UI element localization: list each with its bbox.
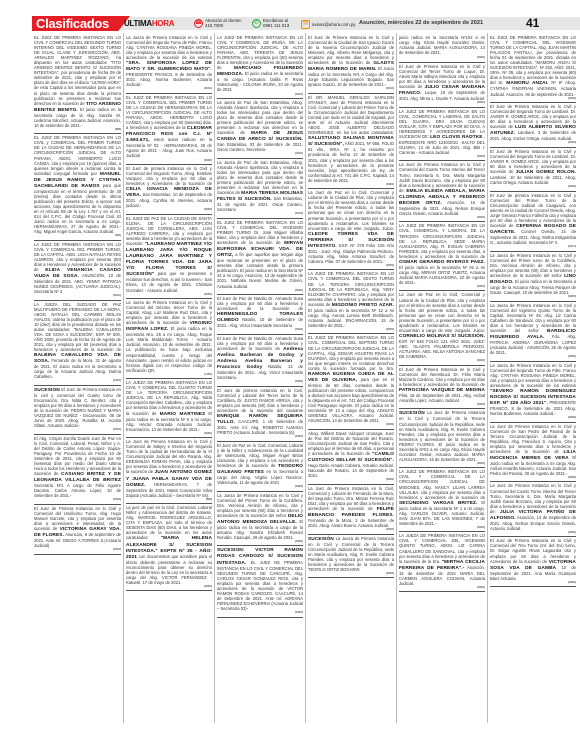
contact-value: 415 7000 xyxy=(205,23,223,28)
notice-code: (8/20) xyxy=(126,585,212,589)
contact-phone: ☎ Atención al cliente:415 7000 xyxy=(194,18,242,28)
legal-notice: El DR. MANUEL GERALDO SAIFILDIN STANLEY,… xyxy=(308,94,394,189)
notice-pre: El DR. MANUEL GERALDO SAIFILDIN STANLEY,… xyxy=(308,95,394,135)
notice-code: (8/20) xyxy=(490,97,576,101)
column-5: juicio radica en la Secretaría Nº102 a m… xyxy=(396,33,487,723)
notice-code: (8/10) xyxy=(217,93,303,97)
notice-code: (8/20) xyxy=(308,183,394,187)
notice-code: (8/20) xyxy=(217,289,303,293)
notice-code: (8/20) xyxy=(399,359,485,363)
legal-notice: El Juez de Paz de Natalio Dr. Armando So… xyxy=(217,295,303,335)
notice-code: (8/20) xyxy=(126,208,212,212)
notice-pre: juicio radica en la Secretaría Nº102 a m… xyxy=(399,35,485,55)
notice-code: (9/10) xyxy=(34,428,121,432)
legal-notice: EL JUEZ DE PRIMERA INSTANCIA EN LO CIVIL… xyxy=(308,334,394,429)
notice-post: La Juez de Primera Instancia en lo Civil… xyxy=(399,410,485,461)
legal-notice: La Jueza de Paz de San Estanislao, Abog.… xyxy=(217,99,303,159)
dateline: Asunción, miércoles 22 de septiembre de … xyxy=(359,19,483,28)
notice-code: (1/20) xyxy=(126,373,212,377)
notice-pre: EL JUEZ DE PRIMERA INSTANCIA EN LO CIVIL… xyxy=(126,95,212,130)
notice-post: a fin que aquellos que tengan algo que r… xyxy=(217,252,303,288)
legal-notice: El Juez de Paz en lo Civil, Comercial, L… xyxy=(217,442,303,492)
legal-notice: La Juez de Paz en lo Civil, Comercial y … xyxy=(308,189,394,270)
notice-code: (8/10) xyxy=(126,87,212,91)
legal-notice: EL JUEZ DE PRIMERA INSTANCIA EN LO CIVIL… xyxy=(126,94,212,165)
notice-code: (8/20) xyxy=(399,285,485,289)
notice-post: La Jueza de Primera Instancia en lo Civi… xyxy=(308,536,394,572)
notice-code: (8/20) xyxy=(490,295,576,299)
legal-notice: La Juez de Primera Instancia en lo Civil… xyxy=(308,485,394,535)
notice-code: (8/20) xyxy=(217,435,303,439)
legal-notice: El Juez de Paz de Natalio Dr. Armando So… xyxy=(217,335,303,387)
contact-value: avisos@uhora.com.py xyxy=(312,22,356,27)
legal-notice: SUCESION: VICTOR RAMON RODAS CARDOZO S/ … xyxy=(217,546,303,617)
notice-code: (8/10) xyxy=(308,87,394,91)
notice-code: (8/20) xyxy=(490,581,576,585)
notice-pre: La Juez de Paz en lo Civil, Comercial y … xyxy=(399,292,485,332)
notice-post: El Juez de Primera Instancia en lo civil… xyxy=(34,387,121,428)
notice-code: (8/20) xyxy=(308,328,394,332)
contact-email: ✉ avisos@uhora.com.py xyxy=(301,20,356,29)
notice-code: (8/20) xyxy=(308,572,394,576)
legal-notice: El Juez de Primera Instancia en lo Civil… xyxy=(399,366,485,410)
notice-code: (8/20) xyxy=(399,56,485,60)
notice-pre: LA JUEZ DE PRIMERA INSTANCIA EN LO CIVIL… xyxy=(308,271,394,306)
notice-post: San Estanislao, 03 de Setiembre de 2021.… xyxy=(217,142,303,152)
legal-notice: La Jueza de Primera Instancia en lo Civi… xyxy=(126,34,212,94)
notice-post: EL JUEZ DE PRIMERA INSTANCIA EN LO CIVIL… xyxy=(217,560,303,611)
notice-code: (6/20) xyxy=(34,498,121,502)
legal-notice: El Juez de Primera Instancia en lo Civil… xyxy=(308,34,394,94)
legal-notice: SUCESION El Juez de Primera Instancia en… xyxy=(34,386,121,435)
notice-code: (9/10) xyxy=(34,548,121,552)
notice-pre: EL JUEZ DE PRIMERA INSTANCIA EN LO CIVIL… xyxy=(308,335,394,370)
phone-icon: ☎ xyxy=(194,19,203,28)
notice-pre: EL JUEZ DE PRIMERA INSTANCIA EN LO CIVIL… xyxy=(490,35,576,85)
legal-notice: Abog. William David Vázquez Urunaga, Jue… xyxy=(308,430,394,485)
legal-notice: El Juez de primera instancia en lo Civil… xyxy=(126,165,212,215)
notice-code: (8/10) xyxy=(217,212,303,216)
legal-notice: EL JUEZ DE PAZ DE LA CIUDAD DE SANTA ELE… xyxy=(126,215,212,299)
notice-post: El juicio radica en la secretaría Nº 02 … xyxy=(399,265,485,285)
logo-ultima: ULTIMA xyxy=(124,19,152,28)
notice-bold: "SRA. SINFOROSA LOPEZ DE MATO Y SR. GUME… xyxy=(126,61,212,72)
notice-pre: El Juez de primera instancia en lo Civil… xyxy=(217,388,303,413)
legal-notice: SUCESIÓN La Juez de Primera Instancia en… xyxy=(399,409,485,468)
notice-post: Fernando de la Mora, 2 de Setiembre de 2… xyxy=(308,518,394,528)
notice-pre: LA JUEZA DE PRIMERA INSTANCIA EN LO CIVI… xyxy=(126,380,212,415)
notice-code: (8/20) xyxy=(126,159,212,163)
legal-notice: EL JUEZ DE PRIMERA INSTANCIA EN LO CIVIL… xyxy=(217,219,303,295)
legal-notice: El Juez de Primera Instancia en lo Civil… xyxy=(399,63,485,108)
legal-notice: El Abg. Crispin Zorrilla Duarte Juez de … xyxy=(34,435,121,505)
legal-notice: La Juez de Primera Instancia en lo Civil… xyxy=(490,423,576,483)
notice-pre: El Juez de primera instancia en lo Civil… xyxy=(490,193,576,228)
notice-pre: LA JUEZ DE PRIMERA INSTANCIA EN LO CIVIL… xyxy=(399,469,485,499)
notice-post: Secretaría Nº1 A cargo de Félix Aguirre … xyxy=(34,483,121,498)
notice-code: (8/20) xyxy=(217,380,303,384)
notice-pre: El Abg. Crispin Zorrilla Duarte Juez de … xyxy=(34,436,121,476)
legal-notice: La Juez de Primera Instancia en lo Civil… xyxy=(490,482,576,537)
notice-code: (8/20) xyxy=(217,328,303,332)
notice-pre: LA JUEZ DE PRIMERA INSTANCIA EN LO CIVIL… xyxy=(399,223,485,258)
notice-code: (8/20) xyxy=(126,432,212,436)
page-number: 41 xyxy=(526,16,539,30)
notice-code: (8/20) xyxy=(399,462,485,466)
legal-notice: La Juez de Primera Instancia en lo Civil… xyxy=(399,161,485,222)
notice-post: Pilar, 15 de Septiembre de 2021. Abg. An… xyxy=(399,393,485,403)
legal-notice: EL JUEZ DE PRIMERA INSTANCIA EN LO CIVIL… xyxy=(490,34,576,103)
legal-notice: La Jueza de Primera Instancia en lo Civi… xyxy=(490,302,576,362)
legal-notice: LA JUEZ DE PRIMERA INSTANCIA EN LO CIVIL… xyxy=(34,241,121,301)
notice-post: Lambaré, 10 de Setiembre de 2021. Abog. … xyxy=(490,175,576,185)
column-3: LA JUEZ DE PRIMERA INSTANCIA EN LO CIVIL… xyxy=(214,33,305,723)
legal-notice: La Jueza de Primera Instancia en lo Civi… xyxy=(217,492,303,547)
legal-notice: LA JUEZ DE PRIMERA INSTANCIA EN LO CIVIL… xyxy=(217,34,303,99)
legal-notice: SUCESIÓN La Jueza de Primera Instancia e… xyxy=(308,535,394,579)
legal-notice: LA JUEZA DE PRIMERA INSTANCIA EN LO CIVI… xyxy=(126,379,212,438)
notice-pre: El Juez de primera instancia en lo Civil… xyxy=(126,166,212,186)
notice-post: con documentos que acrediten para el efe… xyxy=(126,554,212,585)
legal-notice: juicio radica en la Secretaría Nº102 a m… xyxy=(399,34,485,63)
notice-code: (8/20) xyxy=(399,101,485,105)
newspaper-logo: ULTIMAHORA xyxy=(124,19,174,29)
notice-code: (8/10) xyxy=(34,294,121,298)
notice-code: (8/20) xyxy=(490,476,576,480)
legal-notice: El Juez de Primera Instancia en lo Civil… xyxy=(490,103,576,148)
legal-notice: El Juez de Primera Instancia en lo Civil… xyxy=(490,148,576,192)
notice-pre: La Jueza de Paz de San Estanislao, Abog.… xyxy=(217,160,303,195)
notice-code: (8/20) xyxy=(399,216,485,220)
notice-code: (8/20) xyxy=(308,264,394,268)
legal-notice: LA JUEZA DE PRIMERA INSTANCIA EN LO CIVI… xyxy=(399,532,485,592)
notice-code: (8/20) xyxy=(217,485,303,489)
legal-notice: La Jueza de Paz de San Estanislao, Abog.… xyxy=(217,159,303,219)
notice-post: EXP. Nº 546 FOLIO 121 AÑO 2021. JUEZ: AB… xyxy=(399,339,485,359)
notice-pre: La Jueza de Primera Instancia en lo Civi… xyxy=(490,363,576,388)
classifieds-columns: EL JUEZ DE PRIMERA INSTANCIA EN LO CIVIL… xyxy=(32,33,580,723)
notice-code: (8/20) xyxy=(308,478,394,482)
legal-notice: EL JUEZ DE PRIMERA INSTANCIA EN LO CIVIL… xyxy=(34,34,121,134)
legal-notice: LA JUEZ DE PRIMERA INSTANCIA EN LO CIVIL… xyxy=(399,468,485,532)
column-6: EL JUEZ DE PRIMERA INSTANCIA EN LO CIVIL… xyxy=(487,33,578,723)
notice-code: (8/20) xyxy=(217,540,303,544)
column-2: La Jueza de Primera Instancia en lo Civi… xyxy=(123,33,214,723)
notice-pre: La Juez de Paz en lo Civil, Comercial y … xyxy=(308,190,394,230)
legal-notice: LA JUEZA DEL JUZGADO DE PAZ MULTIFUERO D… xyxy=(34,301,121,386)
notice-code: (9/10) xyxy=(217,152,303,156)
legal-notice: La Jueza de Primera Instancia en lo Civi… xyxy=(490,362,576,423)
notice-post: AÑO 2021, Nº 556, FOLIO 81 vlto., SRIA. … xyxy=(308,141,394,182)
email-icon: ✉ xyxy=(301,20,310,29)
notice-pre: LA JUEZA DEL JUZGADO DE PAZ MULTIFUERO D… xyxy=(34,302,121,352)
legal-notice: La Juez de Paz en lo Civil, Comercial y … xyxy=(399,291,485,365)
notice-code: (8/20) xyxy=(399,155,485,159)
notice-code: (8/20) xyxy=(126,293,212,297)
notice-code: (8/20) xyxy=(308,423,394,427)
notice-post: PRESIDENTE FRANCO, 8 de Setiembre de 202… xyxy=(126,72,212,87)
legal-notice: La Jueza de Primera Instancia en lo Civi… xyxy=(490,252,576,302)
notice-code: (8/8) xyxy=(126,498,212,502)
notice-pre: El Juez de Paz de Natalio Dr. Armando So… xyxy=(217,296,303,311)
notice-code: (8/20) xyxy=(217,611,303,615)
notice-pre: La Jueza de Paz de San Estanislao, Abog.… xyxy=(217,100,303,135)
notice-code: (8/20) xyxy=(399,403,485,407)
notice-pre: LA JUEZ DE PRIMERA INSTANCIA EN LO CIVIL… xyxy=(217,35,303,70)
legal-notice: El Juez de Primera Instancia en lo Civil… xyxy=(34,505,121,555)
notice-code: (8/17) xyxy=(490,245,576,249)
whatsapp-icon: ✆ xyxy=(252,19,261,28)
notice-post: para que comparezcan en el término peren… xyxy=(34,183,121,234)
notice-code: (5/6) xyxy=(34,234,121,238)
notice-code: (8/8) xyxy=(34,128,121,132)
legal-notice: La juez de paz en lo Civil, Comercial, L… xyxy=(126,504,212,591)
legal-notice: LA JUEZ DE PRIMERA INSTANCIA EN LO CIVIL… xyxy=(308,270,394,334)
notice-pre: EL JUEZ DE PRIMERA INSTANCIA EN LO CIVIL… xyxy=(34,135,121,175)
notice-code: (8/20) xyxy=(490,141,576,145)
notice-code: (8/20) xyxy=(490,416,576,420)
notice-pre: EL JUEZ DE PRIMERA INSTANCIA EN LO CIVIL… xyxy=(34,35,121,106)
page-header: Clasificados ULTIMAHORA ☎ Atención al cl… xyxy=(0,0,580,34)
column-4: El Juez de Primera Instancia en lo Civil… xyxy=(305,33,396,723)
notice-code: (8/20) xyxy=(490,531,576,535)
notice-code: (9/10) xyxy=(34,379,121,383)
legal-notice: La Juez de Primera Instancia en lo Civil… xyxy=(126,438,212,504)
legal-notice: El Juez de primera instancia en lo Civil… xyxy=(490,192,576,252)
notice-pre: La Jueza de Primera Instancia en lo Civi… xyxy=(126,35,212,60)
notice-post: Hugo Darío Amado Cabrera, Actuario Judic… xyxy=(308,463,394,478)
notice-post: para que en el término de 60 días, conta… xyxy=(308,377,394,423)
legal-notice: La Jueza de Primera Instancia en lo Civi… xyxy=(126,299,212,379)
notice-post: El juicio radica en la secretaría Nº 12 … xyxy=(308,308,394,328)
column-1: EL JUEZ DE PRIMERA INSTANCIA EN LO CIVIL… xyxy=(32,33,123,723)
contact-value: 0981 111 013 xyxy=(263,23,289,28)
legal-notice: EL JUEZ DE PRIMERA INSTANCIA EN LO CIVIL… xyxy=(34,134,121,240)
notice-code: (8/20) xyxy=(399,526,485,530)
contact-whatsapp: ✆ Escribinos al0981 111 013 xyxy=(252,18,289,28)
section-title: Clasificados xyxy=(32,16,130,31)
legal-notice: LA JUEZ DE PRIMERA INSTANCIA EN LO CIVIL… xyxy=(399,222,485,291)
notice-code: (8/20) xyxy=(308,528,394,532)
notice-code: (8/20) xyxy=(399,586,485,590)
notice-code: (8/20) xyxy=(490,185,576,189)
logo-hora: HORA xyxy=(152,19,174,28)
notice-post: El juicio radica en la secretaría Nro. 2… xyxy=(126,326,212,372)
legal-notice: LA JUEZ DE PRIMERA INSTANCIA EN LO CIVIL… xyxy=(399,108,485,162)
legal-notice: El Juez de primera instancia en lo Civil… xyxy=(217,387,303,442)
legal-notice: El Juez de Primera Instancia en lo Civil… xyxy=(490,537,576,587)
notice-code: (8/20) xyxy=(490,355,576,359)
notice-pre: El Juez de Primera Instancia en lo Civil… xyxy=(399,367,485,387)
